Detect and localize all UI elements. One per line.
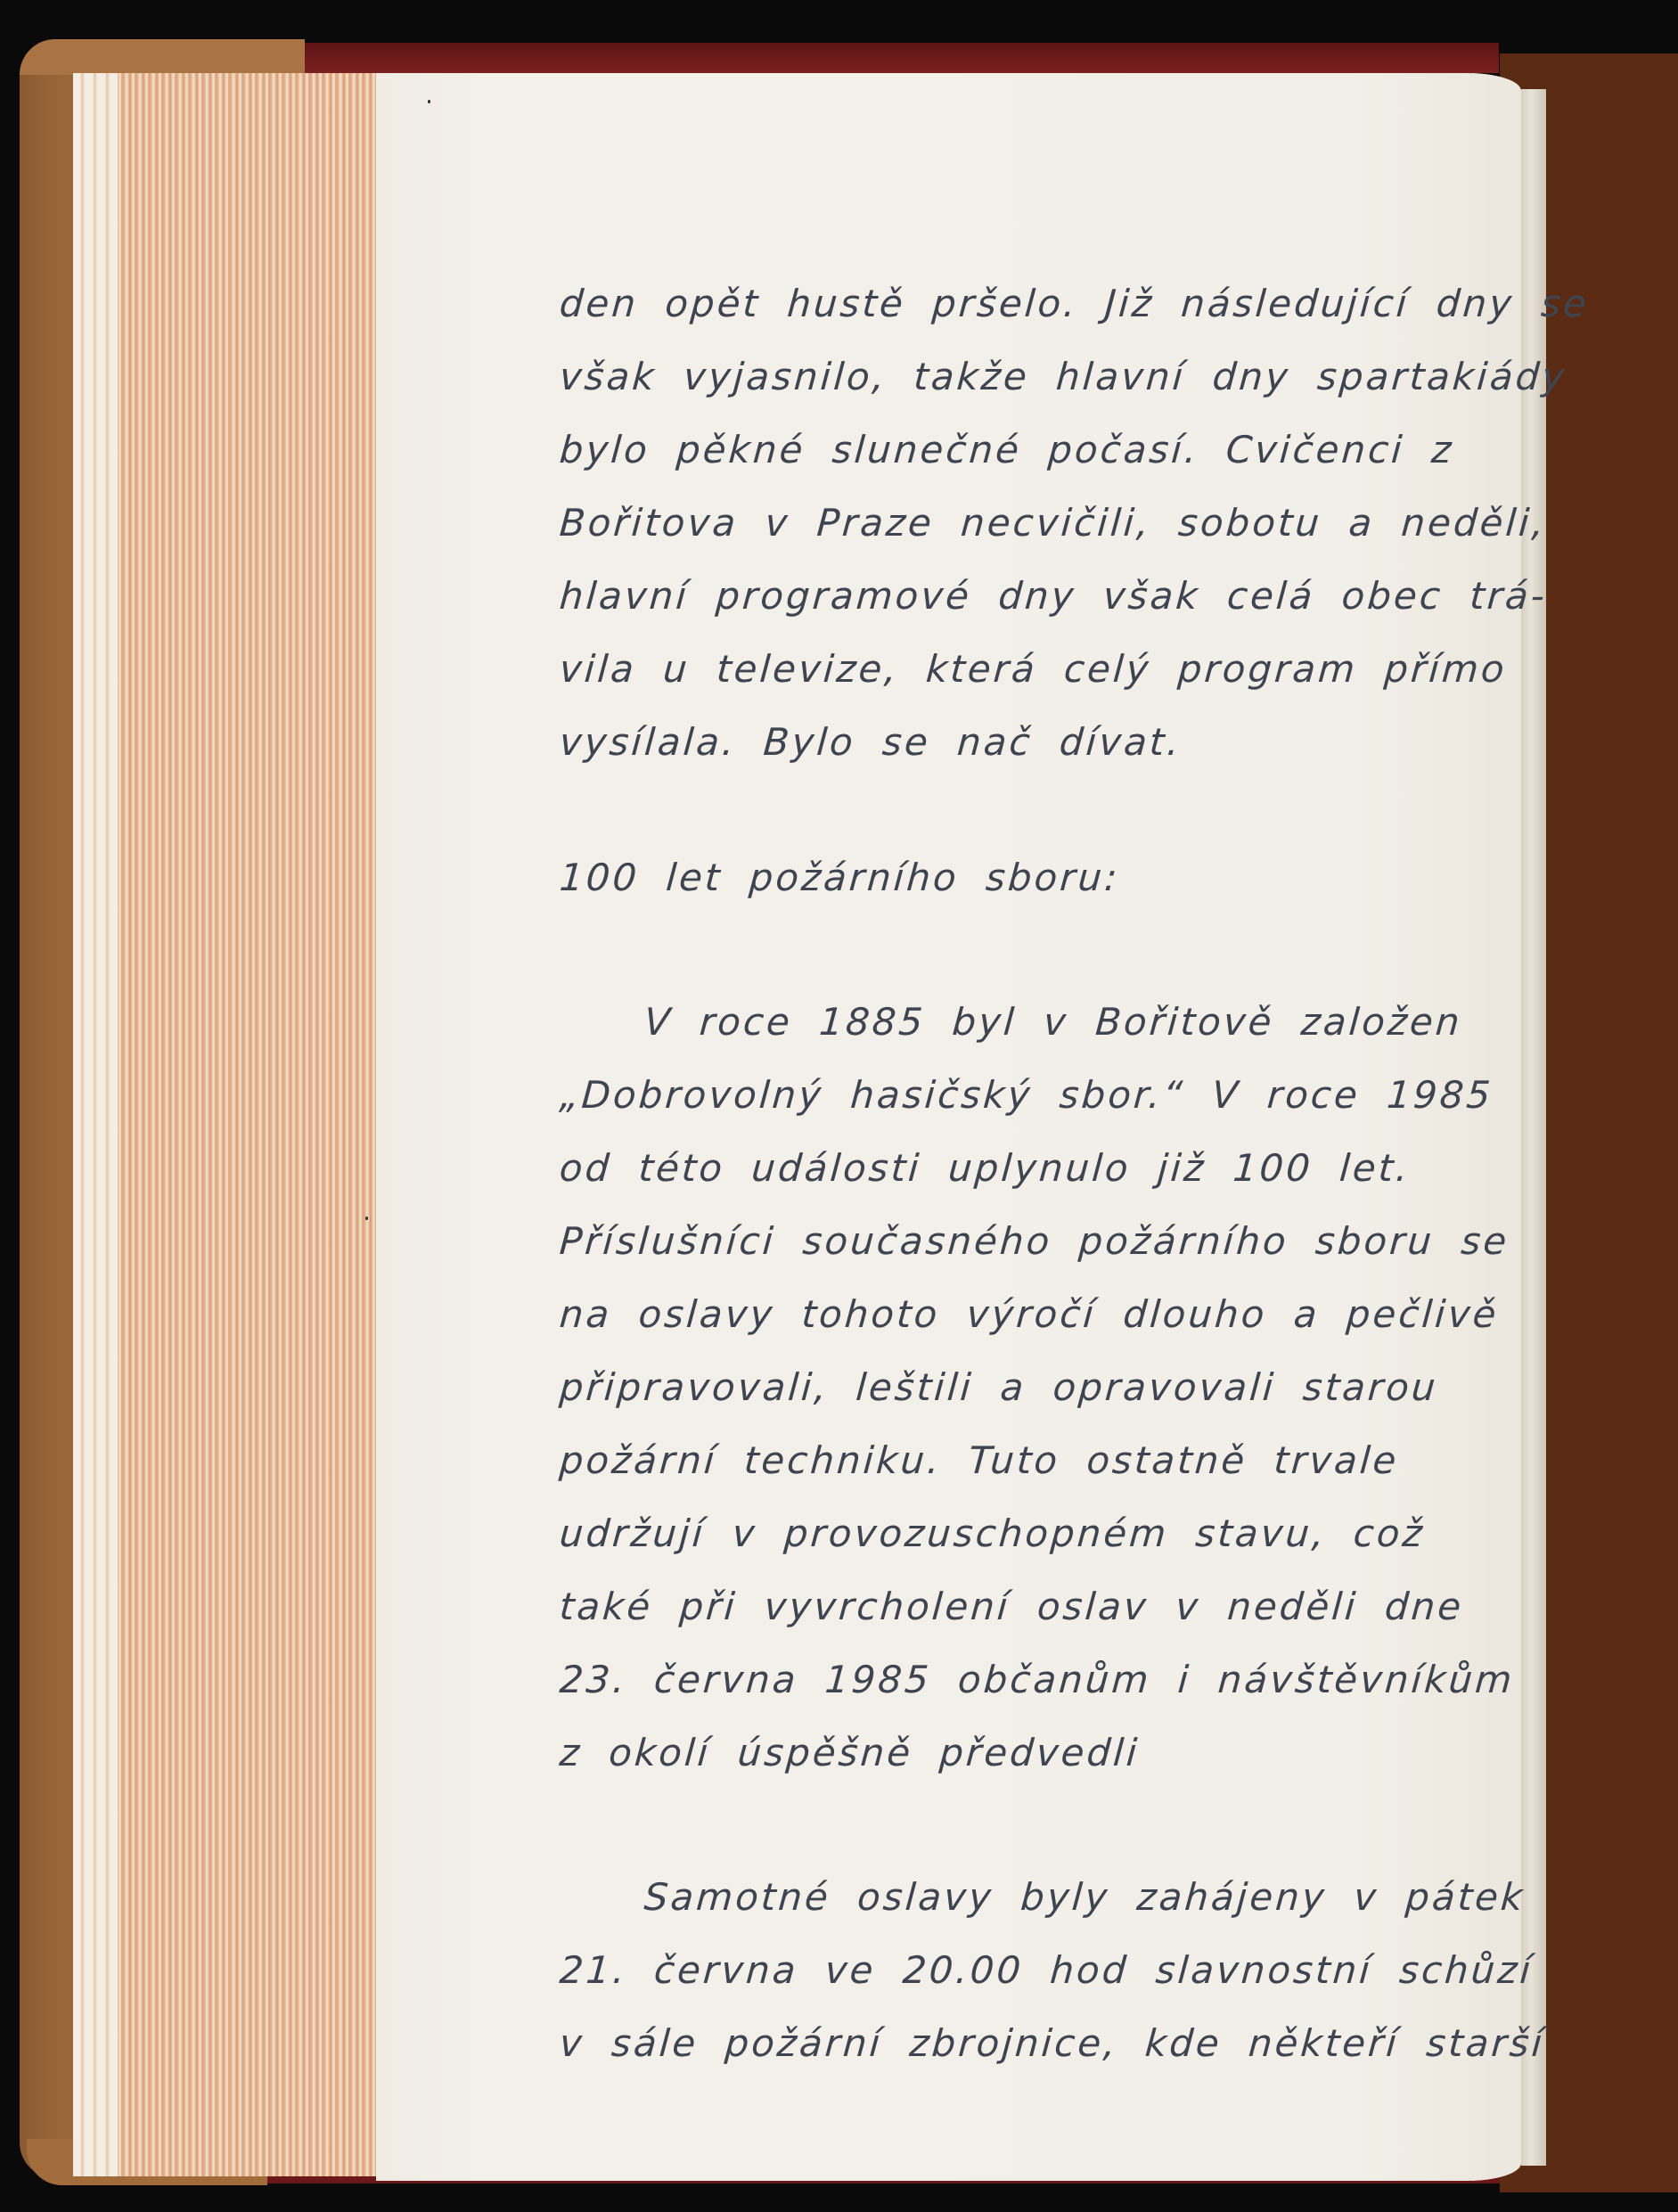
text-line: Bořitova v Praze necvičili, sobotu a ned… xyxy=(557,487,1534,560)
text-line: připravovali, leštili a opravovali staro… xyxy=(557,1351,1534,1424)
paragraph-fire-brigade-history: V roce 1885 byl v Bořitově založen „Dobr… xyxy=(560,986,1531,1790)
section-heading: 100 let požárního sboru: xyxy=(557,841,1534,914)
ink-speck xyxy=(428,100,430,103)
paragraph-celebrations: Samotné oslavy byly zahájeny v pátek 21.… xyxy=(560,1861,1531,2080)
text-line: hlavní programové dny však celá obec trá… xyxy=(557,560,1534,633)
text-line: 21. června ve 20.00 hod slavnostní schůz… xyxy=(557,1934,1534,2007)
text-line: z okolí úspěšně předvedli xyxy=(557,1716,1534,1790)
page-edges-stack xyxy=(73,73,376,2176)
text-line: V roce 1885 byl v Bořitově založen xyxy=(557,986,1534,1059)
book-cover-red-top xyxy=(287,43,1499,73)
text-line: udržují v provozuschopném stavu, což xyxy=(557,1497,1534,1570)
ink-speck xyxy=(365,1217,368,1220)
text-line: Samotné oslavy byly zahájeny v pátek xyxy=(557,1861,1534,1934)
text-line: v sále požární zbrojnice, kde někteří st… xyxy=(557,2007,1534,2080)
text-line: požární techniku. Tuto ostatně trvale xyxy=(557,1424,1534,1497)
text-line: Příslušníci současného požárního sboru s… xyxy=(557,1205,1534,1278)
text-line: však vyjasnilo, takže hlavní dny spartak… xyxy=(557,340,1534,414)
paragraph-spartakiada: den opět hustě pršelo. Již následující d… xyxy=(560,267,1531,779)
text-line: na oslavy tohoto výročí dlouho a pečlivě xyxy=(557,1278,1534,1351)
handwritten-text: den opět hustě pršelo. Již následující d… xyxy=(560,267,1531,2080)
book-cover-leather-top-corner xyxy=(20,39,305,75)
text-line: také při vyvrcholení oslav v neděli dne xyxy=(557,1570,1534,1643)
text-line: bylo pěkné slunečné počasí. Cvičenci z xyxy=(557,414,1534,487)
text-line: od této události uplynulo již 100 let. xyxy=(557,1132,1534,1205)
text-line: vysílala. Bylo se nač dívat. xyxy=(557,706,1534,779)
text-line: vila u televize, která celý program přím… xyxy=(557,633,1534,706)
text-line: „Dobrovolný hasičský sbor.“ V roce 1985 xyxy=(557,1059,1534,1132)
text-line: 23. června 1985 občanům i návštěvníkům xyxy=(557,1643,1534,1716)
text-line: den opět hustě pršelo. Již následující d… xyxy=(557,267,1534,340)
